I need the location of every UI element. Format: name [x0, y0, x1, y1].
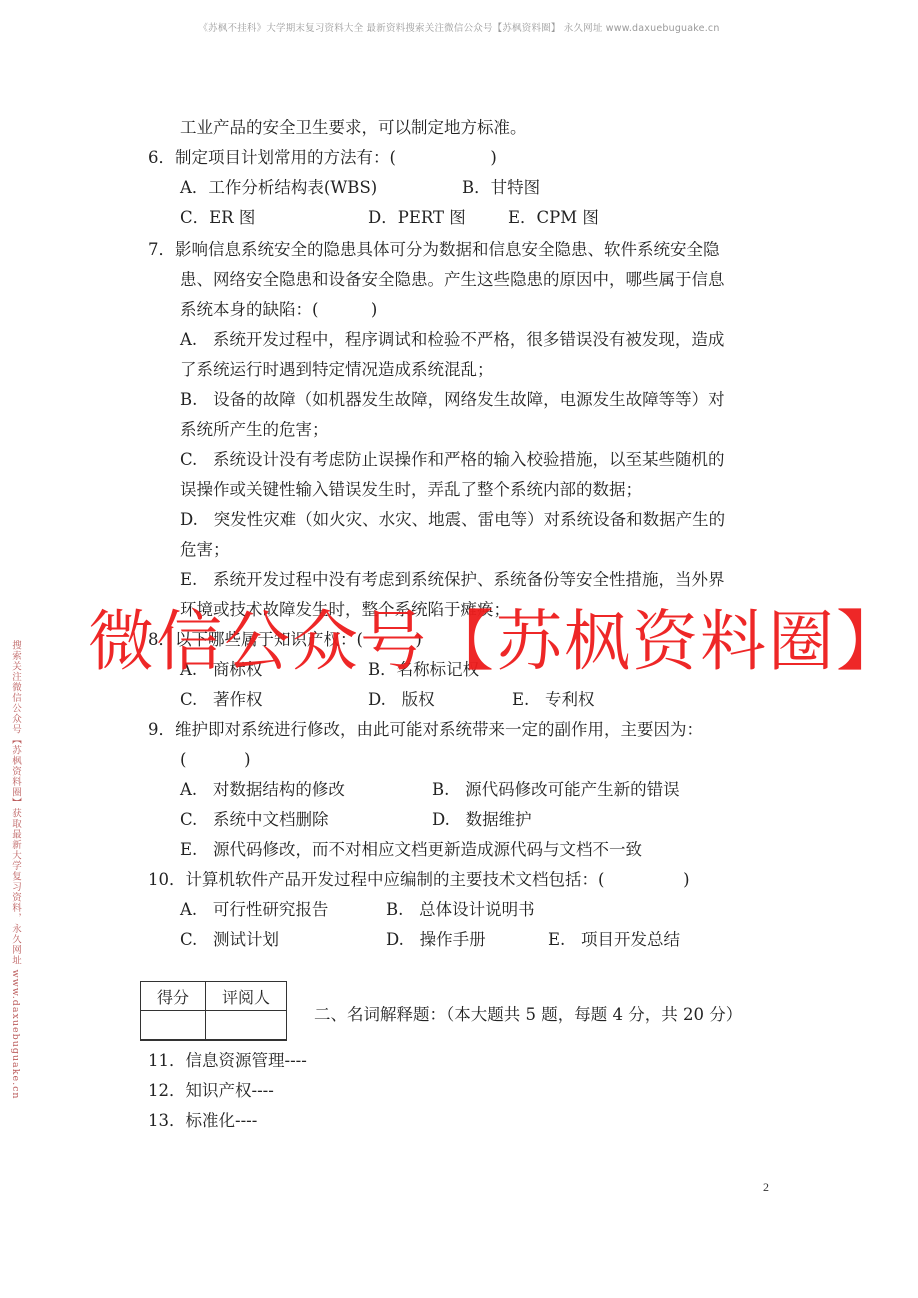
option-e: E．CPM 图 [508, 208, 599, 228]
page-number: 2 [763, 1180, 769, 1195]
option-c: C. 著作权 [180, 690, 263, 710]
score-cell [141, 1011, 206, 1041]
term-item: 12．知识产权---- [148, 1081, 274, 1101]
side-watermark: 搜索关注微信公众号【苏枫资料圈】获取最新大学复习资料，永久网址 www.daxu… [8, 640, 22, 1100]
question-stem: 6．制定项目计划常用的方法有：( ) [148, 148, 497, 168]
option-a: A．工作分析结构表(WBS) [180, 178, 377, 198]
grader-cell [206, 1011, 287, 1041]
option-c: C. 系统中文档删除 [180, 810, 329, 830]
header-watermark: 《苏枫不挂科》大学期末复习资料大全 最新资料搜索关注微信公众号【苏枫资料圈】 永… [0, 20, 918, 34]
option-b: B. 总体设计说明书 [386, 900, 535, 920]
score-header: 得分 [141, 982, 206, 1011]
question-stem-cont: 患、网络安全隐患和设备安全隐患。产生这些隐患的原因中，哪些属于信息 [180, 270, 725, 290]
option-a: A. 对数据结构的修改 [180, 780, 345, 800]
answer-blank: ( ) [180, 750, 251, 770]
option-a: A. 系统开发过程中，程序调试和检验不严格，很多错误没有被发现，造成 [180, 330, 724, 350]
option-d: D. 突发性灾难（如火灾、水灾、地震、雷电等）对系统设备和数据产生的 [180, 510, 725, 530]
option-b: B. 设备的故障（如机器发生故障，网络发生故障，电源发生故障等等）对 [180, 390, 725, 410]
option-b: B．甘特图 [462, 178, 540, 198]
question-stem: 10．计算机软件产品开发过程中应编制的主要技术文档包括：( ) [148, 870, 690, 890]
score-table: 得分 评阅人 [140, 981, 287, 1041]
option-d: D. 版权 [368, 690, 435, 710]
option-c: C. 测试计划 [180, 930, 279, 950]
option-a: A. 可行性研究报告 [180, 900, 328, 920]
option-c-cont: 误操作或关键性输入错误发生时，弄乱了整个系统内部的数据； [180, 480, 642, 500]
option-b: B. 源代码修改可能产生新的错误 [432, 780, 680, 800]
option-d: D. 操作手册 [386, 930, 486, 950]
section-title: 二、名词解释题：（本大题共 5 题，每题 4 分，共 20 分） [314, 1005, 742, 1025]
center-watermark: 微信公众号【苏枫资料圈】 [88, 602, 904, 682]
option-e: E. 项目开发总结 [548, 930, 680, 950]
option-b-cont: 系统所产生的危害； [180, 420, 329, 440]
option-e: E. 系统开发过程中没有考虑到系统保护、系统备份等安全性措施，当外界 [180, 570, 725, 590]
option-d: D．PERT 图 [368, 208, 466, 228]
question-stem: 7．影响信息系统安全的隐患具体可分为数据和信息安全隐患、软件系统安全隐 [148, 240, 720, 260]
term-item: 13．标准化---- [148, 1111, 257, 1131]
option-e: E. 源代码修改，而不对相应文档更新造成源代码与文档不一致 [180, 840, 642, 860]
option-a-cont: 了系统运行时遇到特定情况造成系统混乱； [180, 360, 494, 380]
continuation-text: 工业产品的安全卫生要求，可以制定地方标准。 [180, 118, 527, 138]
option-e: E. 专利权 [512, 690, 595, 710]
question-stem: 9．维护即对系统进行修改，由此可能对系统带来一定的副作用，主要因为： [148, 720, 703, 740]
option-d-cont: 危害； [180, 540, 230, 560]
option-c: C．ER 图 [180, 208, 255, 228]
option-d: D. 数据维护 [432, 810, 532, 830]
option-c: C. 系统设计没有考虑防止误操作和严格的输入校验措施，以至某些随机的 [180, 450, 725, 470]
grader-header: 评阅人 [206, 982, 287, 1011]
term-item: 11．信息资源管理---- [148, 1051, 307, 1071]
question-stem-cont: 系统本身的缺陷：( ) [180, 300, 377, 320]
